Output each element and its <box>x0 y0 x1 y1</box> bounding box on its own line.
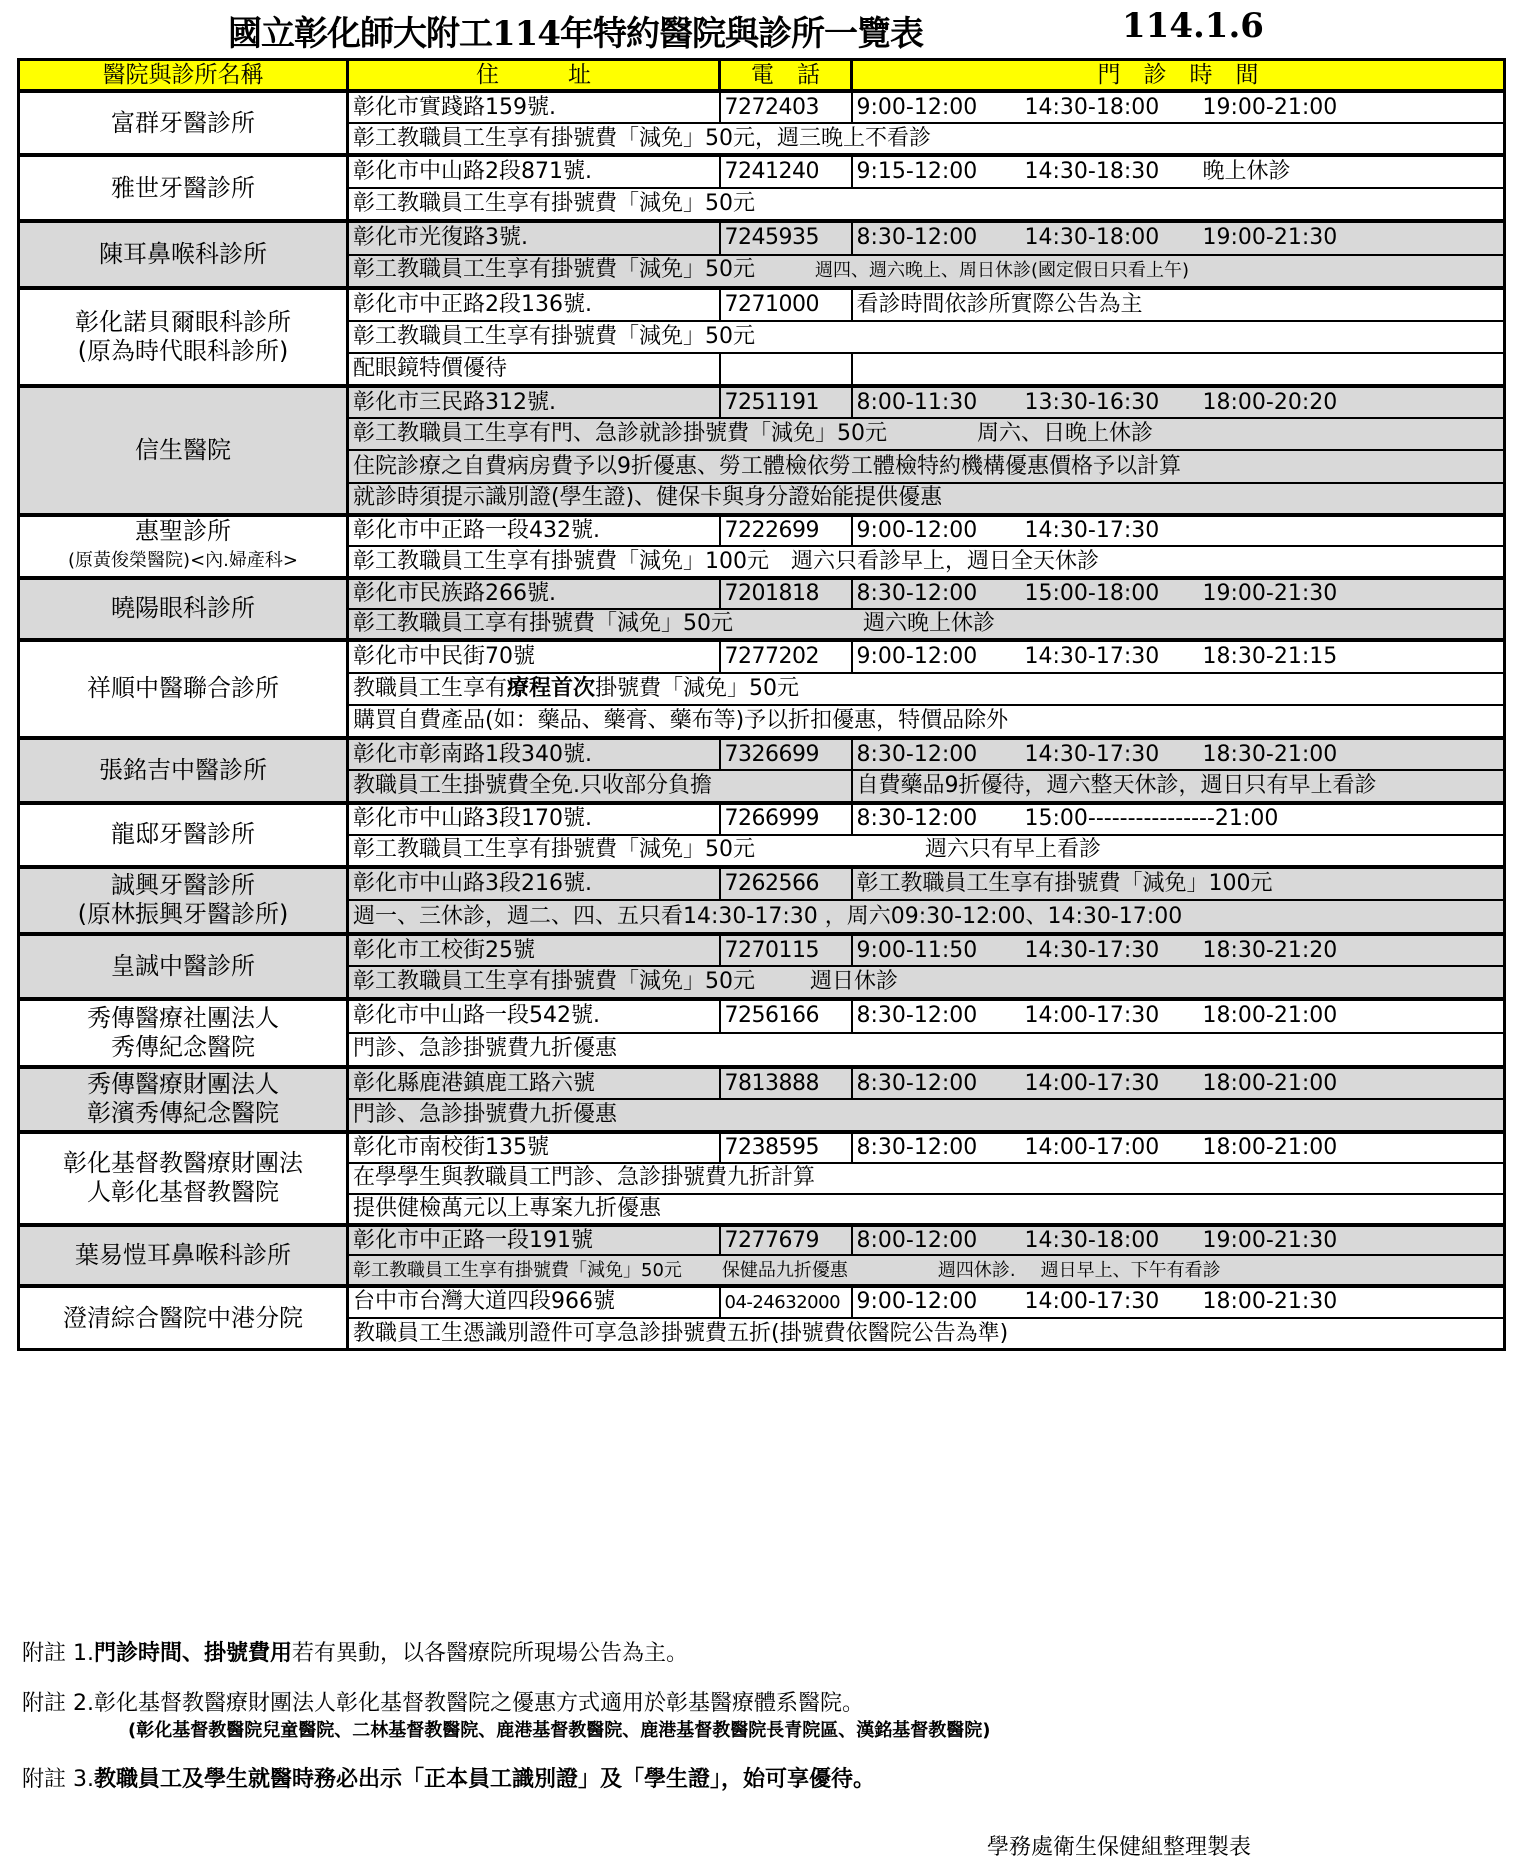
address-cell: 彰化市光復路3號. <box>348 221 720 255</box>
hours-text: 18:30-21:20 <box>1203 938 1338 964</box>
note-text: 門診、急診掛號費九折優惠 <box>353 1102 617 1127</box>
note-cell: 教職員工生享有療程首次掛號費「減免」50元 <box>348 673 1505 706</box>
hospital-name-cell: 龍邸牙醫診所 <box>19 803 348 867</box>
phone-text: 7270115 <box>725 938 819 963</box>
phone-text: 7266999 <box>725 806 819 831</box>
note-text: 就診時須提示識別證(學生證)、健保卡與身分證始能提供優惠 <box>353 485 942 510</box>
hours-cell: 8:30-12:0014:00-17:3018:00-21:00 <box>852 1067 1505 1100</box>
hours-text: 14:30-18:00 <box>1025 225 1203 251</box>
hospital-name-line: 皇誠中醫診所 <box>22 952 344 981</box>
note-text: 提供健檢萬元以上專案九折優惠 <box>353 1196 661 1221</box>
header-address: 住 址 <box>348 60 720 92</box>
hours-text: 15:00----------------21:00 <box>1025 806 1203 832</box>
phone-cell: 7256166 <box>720 999 852 1033</box>
phone-text: 7251191 <box>725 390 819 415</box>
hours-text: 18:00-20:20 <box>1203 390 1338 416</box>
note-cell: 彰工教職員工生享有掛號費「減免」50元保健品九折優惠週四休診.週日早上、下午有看… <box>348 1255 1505 1286</box>
phone-text: 7277679 <box>725 1228 819 1253</box>
hospital-name-line: 惠聖診所 <box>22 517 344 546</box>
address-cell: 彰化市南校街135號 <box>348 1132 720 1163</box>
hours-cell: 8:30-12:0015:00----------------21:00 <box>852 803 1505 835</box>
phone-text: 7277202 <box>725 644 819 669</box>
address-text: 彰化市中山路2段871號. <box>353 159 592 184</box>
hours-text: 8:30-12:00 <box>857 1135 1025 1161</box>
address-cell: 彰化市實踐路159號. <box>348 91 720 123</box>
address-text: 彰化市中正路一段432號. <box>353 518 600 543</box>
note-cell: 住院診療之自費病房費予以9折優惠、勞工體檢依勞工體檢特約機構優惠價格予以計算 <box>348 450 1505 482</box>
footnote-1-prefix: 附註 1. <box>22 1641 94 1666</box>
hours-text: 15:00-18:00 <box>1025 581 1203 607</box>
phone-cell: 7270115 <box>720 934 852 967</box>
hours-text: 9:00-12:00 <box>857 644 1025 670</box>
note-text: 週日休診 <box>810 969 898 994</box>
hours-text: 19:00-21:30 <box>1203 225 1338 251</box>
phone-text: 7238595 <box>725 1135 819 1160</box>
hospital-name-line: 陳耳鼻喉科診所 <box>22 240 344 269</box>
hospital-name-line: 彰化基督教醫療財團法 <box>22 1149 344 1178</box>
hospital-name-cell: 秀傳醫療財團法人彰濱秀傳紀念醫院 <box>19 1067 348 1132</box>
footnote-3: 附註 3.教職員工及學生就醫時務必出示「正本員工識別證」及「學生證」，始可享優待… <box>22 1762 875 1793</box>
hospital-name-cell: 皇誠中醫診所 <box>19 934 348 999</box>
hospital-name-line: 秀傳醫療財團法人 <box>22 1070 344 1099</box>
hours-text: 8:30-12:00 <box>857 742 1025 768</box>
phone-text: 7201818 <box>725 581 819 606</box>
note-cell: 彰工教職員工生享有掛號費「減免」50元，週三晚上不看診 <box>348 123 1505 155</box>
hours-cell: 看診時間依診所實際公告為主 <box>852 288 1505 321</box>
hours-text: 14:30-17:30 <box>1025 938 1203 964</box>
address-text: 彰化市中山路一段542號. <box>353 1003 600 1028</box>
hospital-name-line: (原黃俊榮醫院)<內.婦產科> <box>22 546 344 576</box>
hours-text: 18:00-21:00 <box>1203 1135 1338 1161</box>
hospital-name-cell: 彰化基督教醫療財團法人彰化基督教醫院 <box>19 1132 348 1225</box>
hospital-name-line: 秀傳醫療社團法人 <box>22 1004 344 1033</box>
address-text: 彰化市民族路266號. <box>353 581 556 606</box>
hospital-name-cell: 雅世牙醫診所 <box>19 155 348 221</box>
phone-cell <box>720 353 852 386</box>
hospital-row: 彰化基督教醫療財團法人彰化基督教醫院彰化市南校街135號72385958:30-… <box>19 1132 1505 1163</box>
hospital-name-line: 彰化諾貝爾眼科診所 <box>22 308 344 337</box>
hours-text: 13:30-16:30 <box>1025 390 1203 416</box>
prepared-by-credit: 學務處衛生保健組整理製表 <box>987 1830 1251 1861</box>
phone-cell: 7241240 <box>720 155 852 188</box>
phone-cell: 7271000 <box>720 288 852 321</box>
hours-text: 14:00-17:00 <box>1025 1135 1203 1161</box>
address-text: 彰化市中民街70號 <box>353 644 535 669</box>
document-title: 國立彰化師大附工114年特約醫院與診所一覽表 <box>228 6 923 55</box>
hours-cell: 8:30-12:0014:30-17:3018:30-21:00 <box>852 738 1505 771</box>
phone-cell: 7245935 <box>720 221 852 255</box>
address-text: 彰化市中正路2段136號. <box>353 292 592 317</box>
address-cell: 配眼鏡特價優待 <box>348 353 720 386</box>
hospital-name-line: 雅世牙醫診所 <box>22 174 344 203</box>
hours-cell: 8:00-12:0014:30-18:0019:00-21:30 <box>852 1225 1505 1256</box>
address-text: 彰化市中山路3段170號. <box>353 806 592 831</box>
note-text: 門診、急診掛號費九折優惠 <box>353 1036 617 1061</box>
hospital-name-cell: 曉陽眼科診所 <box>19 578 348 640</box>
address-cell: 台中市台灣大道四段966號 <box>348 1286 720 1318</box>
phone-cell: 04-24632000 <box>720 1286 852 1318</box>
address-text: 台中市台灣大道四段966號 <box>353 1289 615 1314</box>
hospital-name-cell: 惠聖診所(原黃俊榮醫院)<內.婦產科> <box>19 515 348 578</box>
address-cell: 彰化市三民路312號. <box>348 386 720 418</box>
hospital-name-cell: 富群牙醫診所 <box>19 91 348 155</box>
hours-text: 8:30-12:00 <box>857 581 1025 607</box>
phone-text: 7326699 <box>725 742 819 767</box>
note-text: 掛號費「減免」50元 <box>595 676 799 701</box>
hospital-name-line: (原為時代眼科診所) <box>22 337 344 366</box>
note-cell: 彰工教職員工享有掛號費「減免」50元週六晚上休診 <box>348 609 1505 640</box>
hours-text: 18:30-21:15 <box>1203 644 1338 670</box>
note-text: 教職員工生享有 <box>353 676 507 701</box>
hospital-name-cell: 誠興牙醫診所(原林振興牙醫診所) <box>19 867 348 934</box>
note-cell: 彰工教職員工生享有掛號費「減免」50元 <box>348 321 1505 354</box>
hours-cell: 9:00-12:0014:30-18:0019:00-21:00 <box>852 91 1505 123</box>
hospital-row: 祥順中醫聯合診所彰化市中民街70號72772029:00-12:0014:30-… <box>19 640 1505 673</box>
hospital-name-cell: 彰化諾貝爾眼科診所(原為時代眼科診所) <box>19 288 348 386</box>
address-text: 彰化市工校街25號 <box>353 938 535 963</box>
address-cell: 彰化市中正路2段136號. <box>348 288 720 321</box>
footnote-1: 附註 1.門診時間、掛號費用若有異動，以各醫療院所現場公告為主。 <box>22 1636 688 1667</box>
hospital-name-cell: 陳耳鼻喉科診所 <box>19 221 348 288</box>
hospital-row: 秀傳醫療社團法人秀傳紀念醫院彰化市中山路一段542號.72561668:30-1… <box>19 999 1505 1033</box>
note-text: 彰工教職員工生享有門、急診就診掛號費「減免」50元 <box>353 421 887 446</box>
note-text: 彰工教職員工生享有掛號費「減免」100元 <box>353 549 769 574</box>
hours-cell <box>852 353 1505 386</box>
note-cell: 彰工教職員工生享有掛號費「減免」50元週六只有早上看診 <box>348 835 1505 867</box>
note-text: 彰工教職員工生享有掛號費「減免」50元 <box>353 1260 682 1281</box>
hours-text: 14:00-17:30 <box>1025 1003 1203 1029</box>
note-text: 彰工教職員工生享有掛號費「減免」50元 <box>353 257 755 282</box>
hours-cell: 自費藥品9折優待，週六整天休診，週日只有早上看診 <box>852 770 1505 803</box>
hours-text: 彰工教職員工生享有掛號費「減免」100元 <box>857 871 1273 896</box>
hospital-name-cell: 信生醫院 <box>19 386 348 515</box>
address-text: 彰化市中山路3段216號. <box>353 871 592 896</box>
hospital-row: 惠聖診所(原黃俊榮醫院)<內.婦產科>彰化市中正路一段432號.72226999… <box>19 515 1505 547</box>
note-cell: 購買自費產品(如：藥品、藥膏、藥布等)予以折扣優惠，特價品除外 <box>348 705 1505 738</box>
address-text: 彰化市光復路3號. <box>353 225 528 250</box>
note-text: 週六只有早上看診 <box>925 837 1101 862</box>
footnote-2: 附註 2.彰化基督教醫療財團法人彰化基督教醫院之優惠方式適用於彰基醫療體系醫院。 <box>22 1686 864 1717</box>
hospital-row: 皇誠中醫診所彰化市工校街25號72701159:00-11:5014:30-17… <box>19 934 1505 967</box>
note-text: 教職員工生掛號費全免.只收部分負擔 <box>353 773 712 798</box>
header-phone: 電 話 <box>720 60 852 92</box>
hours-text: 8:30-12:00 <box>857 1003 1025 1029</box>
address-text: 彰化市三民路312號. <box>353 390 556 415</box>
hours-cell: 9:00-11:5014:30-17:3018:30-21:20 <box>852 934 1505 967</box>
address-text: 彰化市實踐路159號. <box>353 95 556 120</box>
note-cell: 就診時須提示識別證(學生證)、健保卡與身分證始能提供優惠 <box>348 483 1505 515</box>
phone-cell: 7222699 <box>720 515 852 547</box>
address-cell: 彰化市中正路一段191號 <box>348 1225 720 1256</box>
footnote-1-bold: 門診時間、掛號費用 <box>94 1641 292 1666</box>
hours-cell: 彰工教職員工生享有掛號費「減免」100元 <box>852 867 1505 901</box>
note-cell: 在學學生與教職員工門診、急診掛號費九折計算 <box>348 1163 1505 1194</box>
phone-cell: 7251191 <box>720 386 852 418</box>
address-cell: 彰化市中正路一段432號. <box>348 515 720 547</box>
hours-text: 看診時間依診所實際公告為主 <box>857 292 1143 317</box>
note-text: 週日早上、下午有看診 <box>1041 1260 1221 1281</box>
hours-cell: 8:00-11:3013:30-16:3018:00-20:20 <box>852 386 1505 418</box>
note-text: 彰工教職員工生享有掛號費「減免」50元 <box>353 969 755 994</box>
note-text: 彰工教職員工生享有掛號費「減免」50元，週三晚上不看診 <box>353 126 931 151</box>
address-text: 彰化縣鹿港鎮鹿工路六號 <box>353 1071 595 1096</box>
hospital-name-line: 張銘吉中醫診所 <box>22 756 344 785</box>
note-text: 週一、三休診，週二、四、五只看14:30-17:30 ，周六09:30-12:0… <box>353 904 1182 929</box>
hours-text: 9:00-12:00 <box>857 95 1025 121</box>
note-text: 教職員工生憑識別證件可享急診掛號費五折(掛號費依醫院公告為準) <box>353 1321 1008 1346</box>
note-text: 週四、週六晚上、周日休診(國定假日只看上午) <box>815 260 1189 281</box>
hospital-list-body: 富群牙醫診所彰化市實踐路159號.72724039:00-12:0014:30-… <box>19 91 1505 1350</box>
phone-cell: 7262566 <box>720 867 852 901</box>
hours-text: 9:00-11:50 <box>857 938 1025 964</box>
address-cell: 彰化市中山路3段216號. <box>348 867 720 901</box>
hours-text: 14:30-18:00 <box>1025 1228 1203 1254</box>
note-text: 療程首次 <box>507 676 595 701</box>
hours-cell: 8:30-12:0014:00-17:0018:00-21:00 <box>852 1132 1505 1163</box>
address-cell: 彰化市民族路266號. <box>348 578 720 609</box>
hospital-row: 葉易愷耳鼻喉科診所彰化市中正路一段191號72776798:00-12:0014… <box>19 1225 1505 1256</box>
note-cell: 教職員工生掛號費全免.只收部分負擔 <box>348 770 852 803</box>
hours-text: 8:00-11:30 <box>857 390 1025 416</box>
address-cell: 彰化市中民街70號 <box>348 640 720 673</box>
hours-text: 8:30-12:00 <box>857 806 1025 832</box>
hospital-name-line: 葉易愷耳鼻喉科診所 <box>22 1241 344 1270</box>
hospital-name-line: 曉陽眼科診所 <box>22 594 344 623</box>
note-cell: 彰工教職員工生享有掛號費「減免」50元週四、週六晚上、周日休診(國定假日只看上午… <box>348 255 1505 289</box>
hospital-name-line: 祥順中醫聯合診所 <box>22 674 344 703</box>
hours-text: 14:30-17:30 <box>1025 644 1203 670</box>
note-text: 購買自費產品(如：藥品、藥膏、藥布等)予以折扣優惠，特價品除外 <box>353 708 1008 733</box>
footnote-2-sub: (彰化基督教醫院兒童醫院、二林基督教醫院、鹿港基督教醫院、鹿港基督教醫院長青院區… <box>128 1716 990 1742</box>
address-cell: 彰化市中山路一段542號. <box>348 999 720 1033</box>
hours-text: 8:00-12:00 <box>857 1228 1025 1254</box>
phone-cell: 7272403 <box>720 91 852 123</box>
hours-text: 19:00-21:30 <box>1203 581 1338 607</box>
hours-text: 晚上休診 <box>1203 159 1291 185</box>
header-hours: 門 診 時 間 <box>852 60 1505 92</box>
hospital-row: 澄清綜合醫院中港分院台中市台灣大道四段966號04-246320009:00-1… <box>19 1286 1505 1318</box>
phone-cell: 7277679 <box>720 1225 852 1256</box>
note-text: 彰工教職員工生享有掛號費「減免」50元 <box>353 191 755 216</box>
hours-text: 18:00-21:00 <box>1203 1003 1338 1029</box>
hours-cell: 9:15-12:0014:30-18:30晚上休診 <box>852 155 1505 188</box>
footnote-3-prefix: 附註 3. <box>22 1767 94 1792</box>
note-text: 週六只看診早上，週日全天休診 <box>791 549 1099 574</box>
hospital-name-cell: 澄清綜合醫院中港分院 <box>19 1286 348 1350</box>
hospital-row: 陳耳鼻喉科診所彰化市光復路3號.72459358:30-12:0014:30-1… <box>19 221 1505 255</box>
hours-cell: 8:30-12:0014:30-18:0019:00-21:30 <box>852 221 1505 255</box>
phone-cell: 7277202 <box>720 640 852 673</box>
hospital-name-line: 澄清綜合醫院中港分院 <box>22 1304 344 1333</box>
hours-text: 19:00-21:30 <box>1203 1228 1338 1254</box>
address-text: 配眼鏡特價優待 <box>353 356 507 381</box>
note-cell: 門診、急診掛號費九折優惠 <box>348 1033 1505 1067</box>
hours-text: 18:00-21:30 <box>1203 1289 1338 1315</box>
address-cell: 彰化市彰南路1段340號. <box>348 738 720 771</box>
phone-cell: 7266999 <box>720 803 852 835</box>
hospital-row: 彰化諾貝爾眼科診所(原為時代眼科診所)彰化市中正路2段136號.7271000看… <box>19 288 1505 321</box>
hospital-name-line: 秀傳紀念醫院 <box>22 1033 344 1062</box>
hours-text: 14:30-18:00 <box>1025 95 1203 121</box>
hours-cell: 8:30-12:0015:00-18:0019:00-21:30 <box>852 578 1505 609</box>
address-cell: 彰化市工校街25號 <box>348 934 720 967</box>
footnote-3-bold: 教職員工及學生就醫時務必出示「正本員工識別證」及「學生證」，始可享優待。 <box>94 1767 875 1792</box>
hours-text: 9:15-12:00 <box>857 159 1025 185</box>
hospital-row: 信生醫院彰化市三民路312號.72511918:00-11:3013:30-16… <box>19 386 1505 418</box>
address-text: 彰化市中正路一段191號 <box>353 1228 593 1253</box>
hours-text: 14:00-17:30 <box>1025 1289 1203 1315</box>
note-text: 在學學生與教職員工門診、急診掛號費九折計算 <box>353 1165 815 1190</box>
phone-cell: 7201818 <box>720 578 852 609</box>
hours-cell: 9:00-12:0014:00-17:3018:00-21:30 <box>852 1286 1505 1318</box>
phone-text: 7222699 <box>725 518 819 543</box>
hospital-name-cell: 張銘吉中醫診所 <box>19 738 348 803</box>
hospital-row: 富群牙醫診所彰化市實踐路159號.72724039:00-12:0014:30-… <box>19 91 1505 123</box>
document-date: 114.1.6 <box>1122 6 1264 46</box>
hospital-row: 龍邸牙醫診所彰化市中山路3段170號.72669998:30-12:0015:0… <box>19 803 1505 835</box>
hospital-name-line: 人彰化基督教醫院 <box>22 1178 344 1207</box>
footnote-1-rest: 若有異動，以各醫療院所現場公告為主。 <box>292 1641 688 1666</box>
hospital-row: 張銘吉中醫診所彰化市彰南路1段340號.73266998:30-12:0014:… <box>19 738 1505 771</box>
hours-text: 18:00-21:00 <box>1203 1071 1338 1097</box>
note-text: 週六晚上休診 <box>863 611 995 636</box>
note-text: 周六、日晚上休診 <box>977 421 1153 446</box>
hours-text: 14:30-17:30 <box>1025 742 1203 768</box>
phone-text: 7271000 <box>725 292 819 317</box>
phone-text: 7245935 <box>725 225 819 250</box>
hours-text: 9:00-12:00 <box>857 518 1025 544</box>
hours-cell: 9:00-12:0014:30-17:3018:30-21:15 <box>852 640 1505 673</box>
address-text: 彰化市彰南路1段340號. <box>353 742 592 767</box>
hours-text: 9:00-12:00 <box>857 1289 1025 1315</box>
note-text: 彰工教職員工生享有掛號費「減免」50元 <box>353 837 755 862</box>
note-text: 住院診療之自費病房費予以9折優惠、勞工體檢依勞工體檢特約機構優惠價格予以計算 <box>353 454 1181 479</box>
address-cell: 彰化縣鹿港鎮鹿工路六號 <box>348 1067 720 1100</box>
hospital-name-cell: 祥順中醫聯合診所 <box>19 640 348 738</box>
phone-text: 04-24632000 <box>725 1292 841 1313</box>
phone-cell: 7813888 <box>720 1067 852 1100</box>
hours-text: 14:30-17:30 <box>1025 518 1203 544</box>
hospital-name-line: 富群牙醫診所 <box>22 109 344 138</box>
note-cell: 提供健檢萬元以上專案九折優惠 <box>348 1194 1505 1225</box>
phone-text: 7813888 <box>725 1071 819 1096</box>
hospital-name-line: 彰濱秀傳紀念醫院 <box>22 1099 344 1128</box>
note-text: 保健品九折優惠 <box>722 1260 848 1281</box>
hospital-name-line: 龍邸牙醫診所 <box>22 820 344 849</box>
note-text: 彰工教職員工享有掛號費「減免」50元 <box>353 611 733 636</box>
hours-cell: 8:30-12:0014:00-17:3018:00-21:00 <box>852 999 1505 1033</box>
hours-text: 自費藥品9折優待，週六整天休診，週日只有早上看診 <box>857 773 1377 798</box>
note-cell: 彰工教職員工生享有掛號費「減免」100元週六只看診早上，週日全天休診 <box>348 546 1505 578</box>
address-text: 彰化市南校街135號 <box>353 1135 549 1160</box>
note-text: 彰工教職員工生享有掛號費「減免」50元 <box>353 324 755 349</box>
hours-cell: 9:00-12:0014:30-17:30 <box>852 515 1505 547</box>
phone-text: 7256166 <box>725 1003 819 1028</box>
hours-text: 19:00-21:00 <box>1203 95 1338 121</box>
phone-cell: 7238595 <box>720 1132 852 1163</box>
hours-text: 8:30-12:00 <box>857 225 1025 251</box>
hospital-name-line: 誠興牙醫診所 <box>22 871 344 900</box>
hours-text: 18:30-21:00 <box>1203 742 1338 768</box>
table-header-row: 醫院與診所名稱 住 址 電 話 門 診 時 間 <box>19 60 1505 92</box>
address-cell: 彰化市中山路3段170號. <box>348 803 720 835</box>
hours-text: 14:30-18:30 <box>1025 159 1203 185</box>
address-cell: 彰化市中山路2段871號. <box>348 155 720 188</box>
hospital-row: 秀傳醫療財團法人彰濱秀傳紀念醫院彰化縣鹿港鎮鹿工路六號78138888:30-1… <box>19 1067 1505 1100</box>
phone-text: 7272403 <box>725 95 819 120</box>
hospital-name-cell: 葉易愷耳鼻喉科診所 <box>19 1225 348 1286</box>
note-cell: 彰工教職員工生享有門、急診就診掛號費「減免」50元周六、日晚上休診 <box>348 418 1505 450</box>
note-cell: 教職員工生憑識別證件可享急診掛號費五折(掛號費依醫院公告為準) <box>348 1318 1505 1350</box>
hospital-list-table: 醫院與診所名稱 住 址 電 話 門 診 時 間 富群牙醫診所彰化市實踐路159號… <box>17 58 1506 1351</box>
note-cell: 週一、三休診，週二、四、五只看14:30-17:30 ，周六09:30-12:0… <box>348 900 1505 934</box>
hospital-row: 誠興牙醫診所(原林振興牙醫診所)彰化市中山路3段216號.7262566彰工教職… <box>19 867 1505 901</box>
phone-text: 7241240 <box>725 159 819 184</box>
note-cell: 彰工教職員工生享有掛號費「減免」50元週日休診 <box>348 966 1505 999</box>
note-text: 週四休診. <box>938 1260 1016 1281</box>
phone-text: 7262566 <box>725 871 819 896</box>
hours-text: 14:00-17:30 <box>1025 1071 1203 1097</box>
hospital-name-cell: 秀傳醫療社團法人秀傳紀念醫院 <box>19 999 348 1067</box>
note-cell: 門診、急診掛號費九折優惠 <box>348 1099 1505 1132</box>
header-name: 醫院與診所名稱 <box>19 60 348 92</box>
note-cell: 彰工教職員工生享有掛號費「減免」50元 <box>348 188 1505 221</box>
hours-text: 8:30-12:00 <box>857 1071 1025 1097</box>
hospital-name-line: 信生醫院 <box>22 436 344 465</box>
phone-cell: 7326699 <box>720 738 852 771</box>
hospital-row: 曉陽眼科診所彰化市民族路266號.72018188:30-12:0015:00-… <box>19 578 1505 609</box>
hospital-name-line: (原林振興牙醫診所) <box>22 900 344 929</box>
hospital-row: 雅世牙醫診所彰化市中山路2段871號.72412409:15-12:0014:3… <box>19 155 1505 188</box>
